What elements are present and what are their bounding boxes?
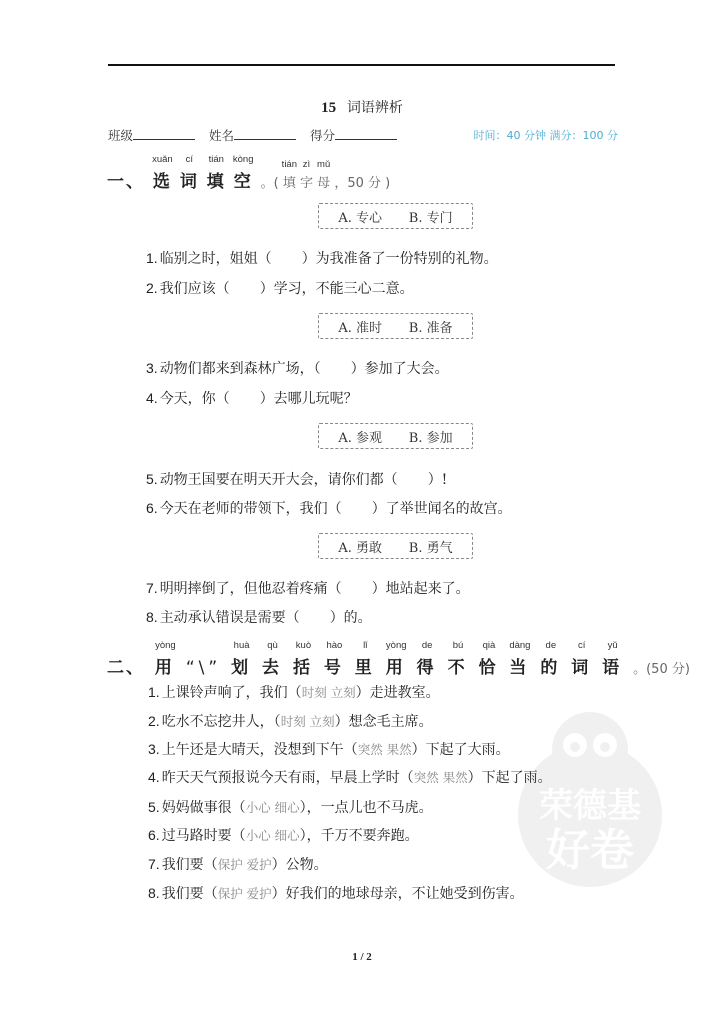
class-label: 班级 xyxy=(108,128,133,143)
question-item: 2.我们应该（）学习，不能三心二意。 xyxy=(146,278,414,298)
word-choices[interactable]: 小心 细心 xyxy=(246,800,300,815)
heading-char: tián填 xyxy=(207,167,226,192)
section2-heading: 二、 yòng用 “\” huà划 qù去 kuò括 hào号 lǐ里 yòng… xyxy=(107,653,690,678)
options-box: A. 参观 B. 参加 xyxy=(318,423,473,449)
option-a: A. 勇敢 xyxy=(338,537,382,556)
option-b: B. 勇气 xyxy=(409,537,453,556)
question-item: 2.吃水不忘挖井人，（时刻 立刻）想念毛主席。 xyxy=(148,711,433,731)
heading-char: xuǎn选 xyxy=(153,167,172,192)
heading-char: “\” xyxy=(186,658,221,678)
section1-prefix: 一、 xyxy=(107,172,145,192)
option-b: B. 参加 xyxy=(409,427,453,446)
heading-char: qù去 xyxy=(262,653,283,678)
option-b: B. 专门 xyxy=(409,207,453,226)
heading-char: de得 xyxy=(417,653,438,678)
option-a: A. 参观 xyxy=(338,427,382,446)
options-box: A. 准时 B. 准备 xyxy=(318,313,473,339)
question-item: 7.明明摔倒了，但他忍着疼痛（）地站起来了。 xyxy=(146,578,470,598)
page-number: 1 / 2 xyxy=(0,951,724,963)
svg-text:好卷: 好卷 xyxy=(546,825,634,876)
question-item: 8.我们要（保护 爱护）好我们的地球母亲，不让她受到伤害。 xyxy=(148,883,524,903)
section2-note: (50 分) xyxy=(646,662,690,677)
student-info-row: 班级 姓名 得分 时间：40 分钟 满分：100 分 xyxy=(108,126,618,144)
heading-char: kòng空 xyxy=(234,167,253,192)
heading-char: hào号 xyxy=(324,653,345,678)
page-title: 15 词语辨析 xyxy=(0,97,724,117)
heading-char: yǔ语 xyxy=(602,653,623,678)
lesson-number: 15 xyxy=(321,100,336,116)
word-choices[interactable]: 保护 爱护 xyxy=(218,886,272,901)
score-blank[interactable] xyxy=(335,127,397,140)
heading-char: huà划 xyxy=(231,653,252,678)
word-choices[interactable]: 保护 爱护 xyxy=(218,857,272,872)
heading-char: dàng当 xyxy=(509,653,530,678)
question-item: 1.上课铃声响了，我们（时刻 立刻）走进教室。 xyxy=(148,682,440,702)
question-item: 5.动物王国要在明天开大会，请你们都（）! xyxy=(146,469,447,489)
name-label: 姓名 xyxy=(209,128,234,143)
section1-heading: 一、 xuǎn选 cí词 tián填 kòng空 。( tián填 zì字 mǔ… xyxy=(107,167,390,192)
question-item: 1.临别之时，姐姐（）为我准备了一份特别的礼物。 xyxy=(146,248,498,268)
svg-text:荣德基: 荣德基 xyxy=(539,786,641,826)
word-choices[interactable]: 突然 果然 xyxy=(414,770,468,785)
question-item: 3.上午还是大晴天，没想到下午（突然 果然）下起了大雨。 xyxy=(148,739,510,759)
word-choices[interactable]: 时刻 立刻 xyxy=(281,714,335,729)
option-a: A. 准时 xyxy=(338,317,382,336)
word-choices[interactable]: 突然 果然 xyxy=(358,742,412,757)
question-item: 8.主动承认错误是需要（）的。 xyxy=(146,607,372,627)
top-rule xyxy=(108,64,615,66)
question-item: 4.今天，你（）去哪儿玩呢？ xyxy=(146,388,358,408)
class-blank[interactable] xyxy=(133,127,195,140)
section1-note: ( tián填 zì字 mǔ母 ，50 分 ) xyxy=(274,176,391,191)
period: 。 xyxy=(261,176,274,191)
question-item: 6.过马路时要（小心 细心），千万不要奔跑。 xyxy=(148,825,419,845)
options-box: A. 勇敢 B. 勇气 xyxy=(318,533,473,559)
question-item: 6.今天在老师的带领下，我们（）了举世闻名的故宫。 xyxy=(146,498,512,518)
section2-prefix: 二、 xyxy=(107,658,145,678)
word-choices[interactable]: 时刻 立刻 xyxy=(302,685,356,700)
heading-char: cí词 xyxy=(571,653,592,678)
question-item: 7.我们要（保护 爱护）公物。 xyxy=(148,854,328,874)
heading-char: qià恰 xyxy=(478,653,499,678)
options-box: A. 专心 B. 专门 xyxy=(318,203,473,229)
option-b: B. 准备 xyxy=(409,317,453,336)
heading-char: lǐ里 xyxy=(355,653,376,678)
question-item: 4.昨天天气预报说今天有雨，早晨上学时（突然 果然）下起了雨。 xyxy=(148,767,552,787)
option-a: A. 专心 xyxy=(338,207,382,226)
heading-char: kuò括 xyxy=(293,653,314,678)
question-item: 3.动物们都来到森林广场，（）参加了大会。 xyxy=(146,358,449,378)
question-item: 5.妈妈做事很（小心 细心），一点儿也不马虎。 xyxy=(148,797,433,817)
heading-char: yòng用 xyxy=(386,653,407,678)
heading-char: cí词 xyxy=(180,167,199,192)
word-choices[interactable]: 小心 细心 xyxy=(246,828,300,843)
name-blank[interactable] xyxy=(234,127,296,140)
score-label: 得分 xyxy=(310,128,335,143)
heading-char: yòng用 xyxy=(155,653,176,678)
period: 。 xyxy=(633,662,646,677)
timing-info: 时间：40 分钟 满分：100 分 xyxy=(474,127,618,143)
heading-char: de的 xyxy=(540,653,561,678)
lesson-title: 词语辨析 xyxy=(347,100,403,116)
mascot-stamp-icon: 荣德基 好卷 xyxy=(505,705,675,890)
heading-char: bú不 xyxy=(448,653,469,678)
